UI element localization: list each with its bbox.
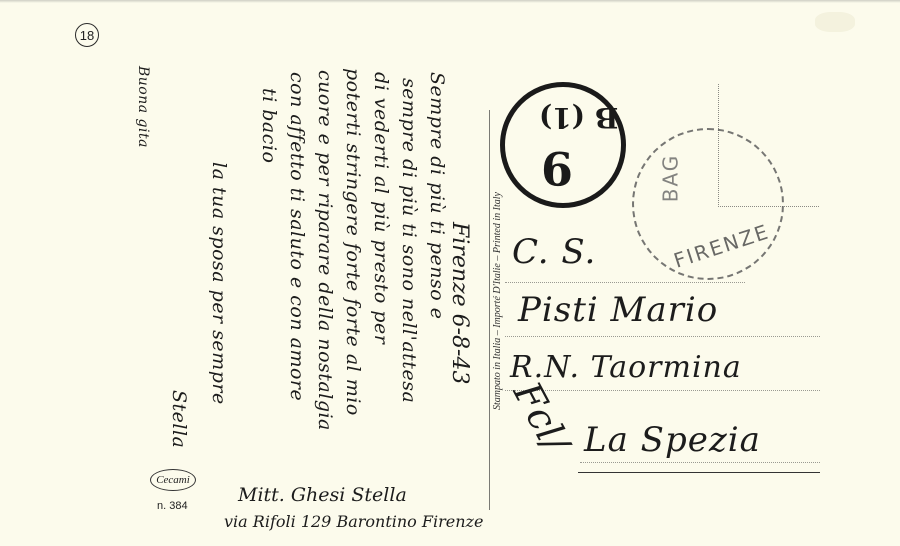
printed-notice: Stampato in Italia – Importé D'Italie – … — [492, 192, 503, 410]
sender-name: Mitt. Ghesi Stella — [238, 484, 407, 506]
sender-address: via Rifoli 129 Barontino Firenze — [224, 512, 483, 531]
margin-note: Buona gita — [136, 66, 150, 148]
address-honorific: C. S. — [512, 232, 596, 272]
address-underline — [578, 472, 820, 473]
address-line — [505, 336, 820, 337]
letter-line: con affetto ti saluto e con amore — [287, 72, 306, 401]
letter-line: Sempre di più ti penso e — [427, 72, 446, 319]
postmark-letters: B (1) — [539, 101, 618, 134]
address-line — [505, 282, 745, 283]
catalog-number: n. 384 — [157, 500, 188, 512]
cancellation-postmark: BAG FIRENZE — [632, 128, 784, 280]
postcard-back: 18 Firenze 6-8-43 Sempre di più ti penso… — [0, 0, 900, 546]
paper-stain — [815, 12, 855, 32]
address-line — [580, 462, 820, 463]
tax-postmark: B (1) 9 — [500, 82, 626, 208]
publisher-logo: Cecami — [150, 469, 196, 491]
cancel-city-text: FIRENZE — [671, 219, 773, 272]
letter-line: cuore e per riparare della nostalgia — [315, 70, 334, 431]
address-name: Pisti Mario — [518, 290, 718, 330]
address-city: La Spezia — [584, 420, 761, 460]
letter-date: Firenze 6-8-43 — [447, 222, 472, 384]
center-divider — [489, 110, 490, 510]
letter-line: la tua sposa per sempre — [209, 162, 228, 405]
letter-signature: Stella — [169, 390, 188, 448]
margin-scribble: Fcl/ — [505, 375, 578, 460]
letter-line: sempre di più ti sono nell'attesa — [399, 78, 418, 403]
postmark-number: 9 — [541, 141, 573, 195]
letter-line: di vederti al più presto per — [371, 72, 390, 344]
scan-edge — [0, 0, 900, 3]
letter-line: ti bacio — [259, 88, 278, 163]
cancel-top-text: BAG — [658, 154, 682, 203]
page-number-badge: 18 — [75, 23, 99, 47]
letter-line: poterti stringere forte forte al mio — [343, 68, 362, 416]
